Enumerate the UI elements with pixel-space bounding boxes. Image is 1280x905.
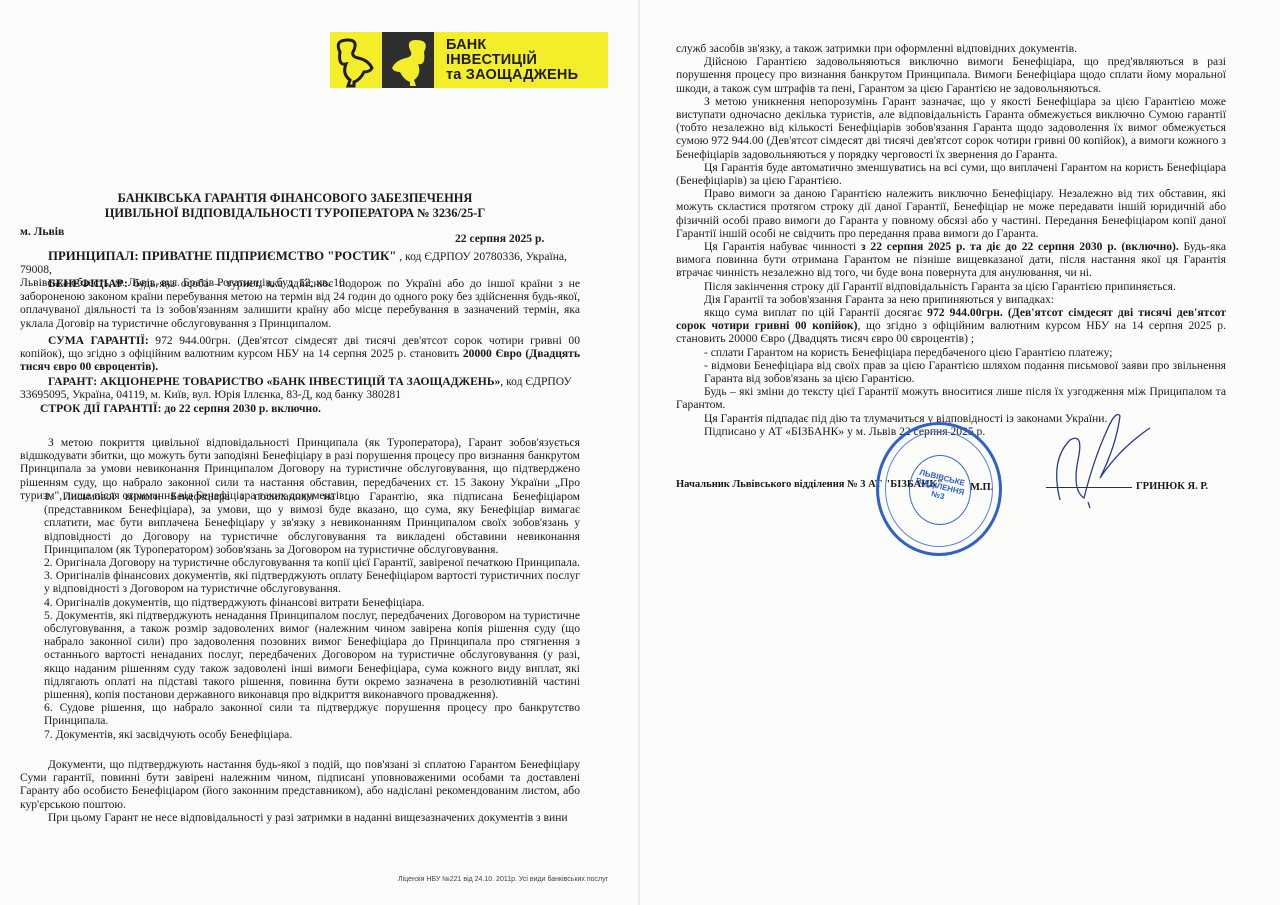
list-item: 3. Оригіналів фінансових документів, які… [44,569,580,595]
guarantee-sum-block: СУМА ГАРАНТІЇ: 972 944.00грн. (Дев'ятсот… [20,334,580,374]
documents-paragraph: Документи, що підтверджують настання буд… [20,758,580,811]
termination-sum-start: якщо сума виплат по цій Гарантії досягає [704,306,927,319]
list-item: 1. Письмової вимоги Бенефіціара з посила… [44,490,580,556]
signature-line [1046,487,1132,488]
guarantor-code: , код ЄДРПОУ [500,375,571,388]
right-column: служб засобів зв'язку, а також затримки … [676,42,1226,438]
paragraph: Після закінчення строку дії Гарантії від… [676,280,1226,293]
validity-start: Ця Гарантія набуває чинності [704,240,861,253]
document-title: БАНКІВСЬКА ГАРАНТІЯ ФІНАНСОВОГО ЗАБЕЗПЕЧ… [60,191,530,221]
paragraph: Ця Гарантія буде автоматично зменшуватис… [676,161,1226,187]
title-line-2: ЦИВІЛЬНОЇ ВІДПОВІДАЛЬНОСТІ ТУРОПЕРАТОРА … [60,206,530,221]
validity-dates: з 22 серпня 2025 р. та діє до 22 серпня … [861,240,1179,253]
validity-paragraph: Ця Гарантія набуває чинності з 22 серпня… [676,240,1226,280]
list-item: 6. Судове рішення, що набрало законної с… [44,701,580,727]
page-divider [638,0,640,905]
guarantor-label: ГАРАНТ: АКЦІОНЕРНЕ ТОВАРИСТВО «БАНК ІНВЕ… [20,375,500,388]
list-item: 4. Оригіналів документів, що підтверджую… [44,596,580,609]
bank-logo: БАНК ІНВЕСТИЦІЙ та ЗАОЩАДЖЕНЬ [330,32,608,88]
list-item: 5. Документів, які підтверджують ненадан… [44,609,580,701]
paragraph: Право вимоги за даною Гарантією належить… [676,187,1226,240]
logo-line-2: ІНВЕСТИЦІЙ [446,53,578,68]
list-item: 2. Оригінала Договору на туристичне обсл… [44,556,580,569]
list-item: 7. Документів, які засвідчують особу Бен… [44,728,580,741]
paragraph: служб засобів зв'язку, а також затримки … [676,42,1226,55]
guarantor-block: ГАРАНТ: АКЦІОНЕРНЕ ТОВАРИСТВО «БАНК ІНВЕ… [20,375,580,401]
principal-label: ПРИНЦИПАЛ: ПРИВАТНЕ ПІДПРИЄМСТВО "РОСТИК… [20,249,396,263]
logo-line-1: БАНК [446,38,578,53]
paragraph: З метою уникнення непорозумінь Гарант за… [676,95,1226,161]
beneficiary-block: БЕНЕФІЦІАР: будь-яка особа – турист, яка… [20,277,580,330]
bank-stamp-icon: ЛЬВІВСЬКЕ ВІДДІЛЕННЯ №3 [876,422,1002,556]
document-date: 22 серпня 2025 р. [455,232,544,245]
city: м. Львів [20,225,64,238]
guarantee-sum-label: СУМА ГАРАНТІЇ: [48,334,149,347]
paragraph: Дія Гарантії та зобов'язання Гаранта за … [676,293,1226,306]
term-label: СТРОК ДІЇ ГАРАНТІЇ: [40,402,161,415]
dash-item: - відмови Бенефіціара від своїх прав за … [676,359,1226,385]
dash-item: - сплати Гарантом на користь Бенефіціара… [676,346,1226,359]
beneficiary-label: БЕНЕФІЦІАР: [48,277,128,290]
term-text: до 22 серпня 2030 р. включно. [161,402,320,415]
required-documents-list: 1. Письмової вимоги Бенефіціара з посила… [44,490,580,741]
paragraph: Дійсною Гарантією задовольняються виключ… [676,55,1226,95]
squirrel-left-icon [330,32,382,88]
logo-line-3: та ЗАОЩАДЖЕНЬ [446,68,578,83]
term-block: СТРОК ДІЇ ГАРАНТІЇ: до 22 серпня 2030 р.… [40,402,321,415]
guarantor-address: 33695095, Україна, 04119, м. Київ, вул. … [20,388,401,401]
title-line-1: БАНКІВСЬКА ГАРАНТІЯ ФІНАНСОВОГО ЗАБЕЗПЕЧ… [60,191,530,206]
termination-sum-paragraph: якщо сума виплат по цій Гарантії досягає… [676,306,1226,346]
squirrel-right-icon [382,32,434,88]
left-last-line: При цьому Гарант не несе відповідальност… [48,811,568,824]
license-footer: Ліцензія НБУ №221 від 24.10. 2011р. Усі … [398,876,608,883]
signer-name: ГРИНЮК Я. Р. [1136,480,1208,493]
